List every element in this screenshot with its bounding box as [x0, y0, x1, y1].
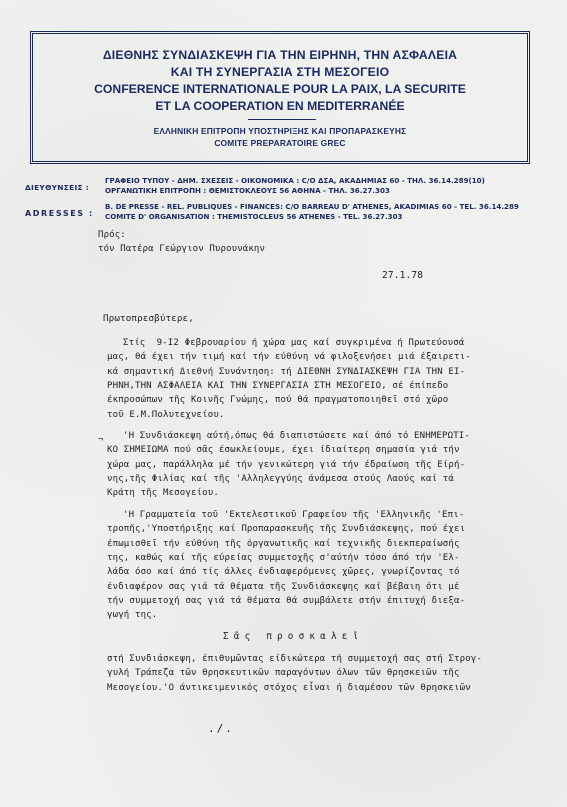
- paragraph-line: γωγή της.: [107, 610, 157, 620]
- paragraph-line: μας, θά έχει τήν τιμή καί τήν εύθύνη νά …: [107, 352, 471, 362]
- paragraph-line: ένδιαφέρον σας γιά τά θέματα τῆς Συνδιάσ…: [107, 582, 460, 592]
- paragraph-line: 'Η Γραμματεία τοῦ 'Εκτελεστικοῦ Γραφείου…: [123, 510, 464, 520]
- paragraph-line: χώρα μας, παράλληλα μέ τήν γενικώτερη γι…: [107, 460, 465, 470]
- committee-greek: ΕΛΛΗΝΙΚΗ ΕΠΙΤΡΟΠΗ ΥΠΟΣΤΗΡΙΞΗΣ ΚΑΙ ΠΡΟΠΑΡ…: [33, 126, 527, 136]
- letterhead-title-french-1: CONFERENCE INTERNATIONALE POUR LA PAIX, …: [33, 82, 527, 96]
- letterhead-divider: [248, 119, 316, 120]
- paragraph-line: Κράτη τῆς Μεσογείου.: [107, 488, 219, 498]
- paragraph-line: Στίς 9-I2 Φεβρουαρίου ή χώρα μας καί συγ…: [123, 338, 464, 348]
- invitation-heading: Σᾶς προσκαλεῖ: [223, 631, 363, 642]
- paragraph-line: έπωμισθεῖ τήν εύθύνη τῆς όργανωτικῆς καί…: [107, 539, 460, 549]
- paragraph-line: 'Η Συνδιάσκεψη αύτή,όπως θά διαπιστώσετε…: [123, 431, 470, 441]
- address-line: COMITE D' ORGANISATION : THEMISTOCLEUS 5…: [105, 212, 402, 221]
- letterhead-title-greek-1: ΔΙΕΘΝΗΣ ΣΥΝΔΙΑΣΚΕΨΗ ΓΙΑ ΤΗΝ ΕΙΡΗΝΗ, ΤΗΝ …: [33, 48, 527, 62]
- letterhead-box: ΔΙΕΘΝΗΣ ΣΥΝΔΙΑΣΚΕΨΗ ΓΙΑ ΤΗΝ ΕΙΡΗΝΗ, ΤΗΝ …: [30, 31, 530, 164]
- paragraph-line: ΡΗΝΗ,ΤΗΝ ΑΣΦΑΛΕΙΑ ΚΑΙ ΤΗΝ ΣΥΝΕΡΓΑΣΙΑ ΣΤΗ…: [107, 381, 448, 391]
- paragraph-line: της, καθώς καί τῆς εύρείας συμμετοχῆς σ'…: [107, 553, 460, 563]
- letterhead-title-greek-2: ΚΑΙ ΤΗ ΣΥΝΕΡΓΑΣΙΑ ΣΤΗ ΜΕΣΟΓΕΙΟ: [33, 65, 527, 79]
- paragraph-line: ΚΟ ΣΗΜΕΙΩΜΑ πού σᾶς έσωκλείουμε, έχει ίδ…: [107, 445, 460, 455]
- paragraph-line: νης,τῆς Φιλίας καί τῆς 'Αλληλεγγύης άνάμ…: [107, 474, 454, 484]
- letter-date: 27.1.78: [382, 270, 423, 281]
- recipient-name: τόν Πατέρα Γεώργιον Πυρουνάκην: [98, 244, 265, 254]
- committee-french: COMITE PREPARATOIRE GREC: [33, 138, 527, 148]
- margin-mark: ¬: [98, 435, 103, 445]
- paragraph-line: λάδα όσο καί άπό τίς άλλες ένδιαφερόμενε…: [107, 567, 460, 577]
- addresses-greek-label: ΔΙΕΥΘΥΝΣΕΙΣ :: [25, 183, 89, 192]
- closing-paragraph-line: στή Συνδιάσκεψη, έπιθυμῶντας είδικώτερα …: [107, 654, 482, 664]
- paragraph-line: κά σημαντική Διεθνή Συνάντηση: τή ΔΙΕΘΝΗ…: [107, 367, 465, 377]
- addresses-french-label: ADRESSES :: [25, 209, 94, 218]
- paragraph-line: τοῦ Ε.Μ.Πολυτεχνείου.: [107, 410, 225, 420]
- letterhead-title-french-2: ET LA COOPERATION EN MEDITERRANÉE: [33, 99, 527, 113]
- address-line: ΓΡΑΦΕΙΟ ΤΥΠΟΥ - ΔΗΜ. ΣΧΕΣΕΙΣ - ΟΙΚΟΝΟΜΙΚ…: [105, 176, 485, 185]
- address-line: B. DE PRESSE - REL. PUBLIQUES - FINANCES…: [105, 202, 519, 211]
- paragraph-line: έκπροσώπων τῆς Κοινῆς Γνώμης, πού θά πρα…: [107, 395, 448, 405]
- continuation-mark: ./.: [208, 722, 234, 735]
- paragraph-line: τήν συμμετοχή σας γιά τά θέματα θά συμβά…: [107, 596, 465, 606]
- address-line: ΟΡΓΑΝΩΤΙΚΗ ΕΠΙΤΡΟΠΗ : ΘΕΜΙΣΤΟΚΛΕΟΥΣ 56 Α…: [105, 186, 390, 195]
- paragraph-line: τροπῆς,'Υποστήριξης καί Προπαρασκευῆς τῆ…: [107, 524, 465, 534]
- closing-paragraph-line: γυλή Τράπεζα τῶν θρησκευτικῶν παραγόντων…: [107, 668, 460, 678]
- recipient-label: Πρός:: [98, 230, 126, 240]
- salutation: Πρωτοπρεσβύτερε,: [103, 313, 194, 324]
- closing-paragraph-line: Μεσογείου.'Ο άντικειμενικός στόχος εἶναι…: [107, 683, 471, 693]
